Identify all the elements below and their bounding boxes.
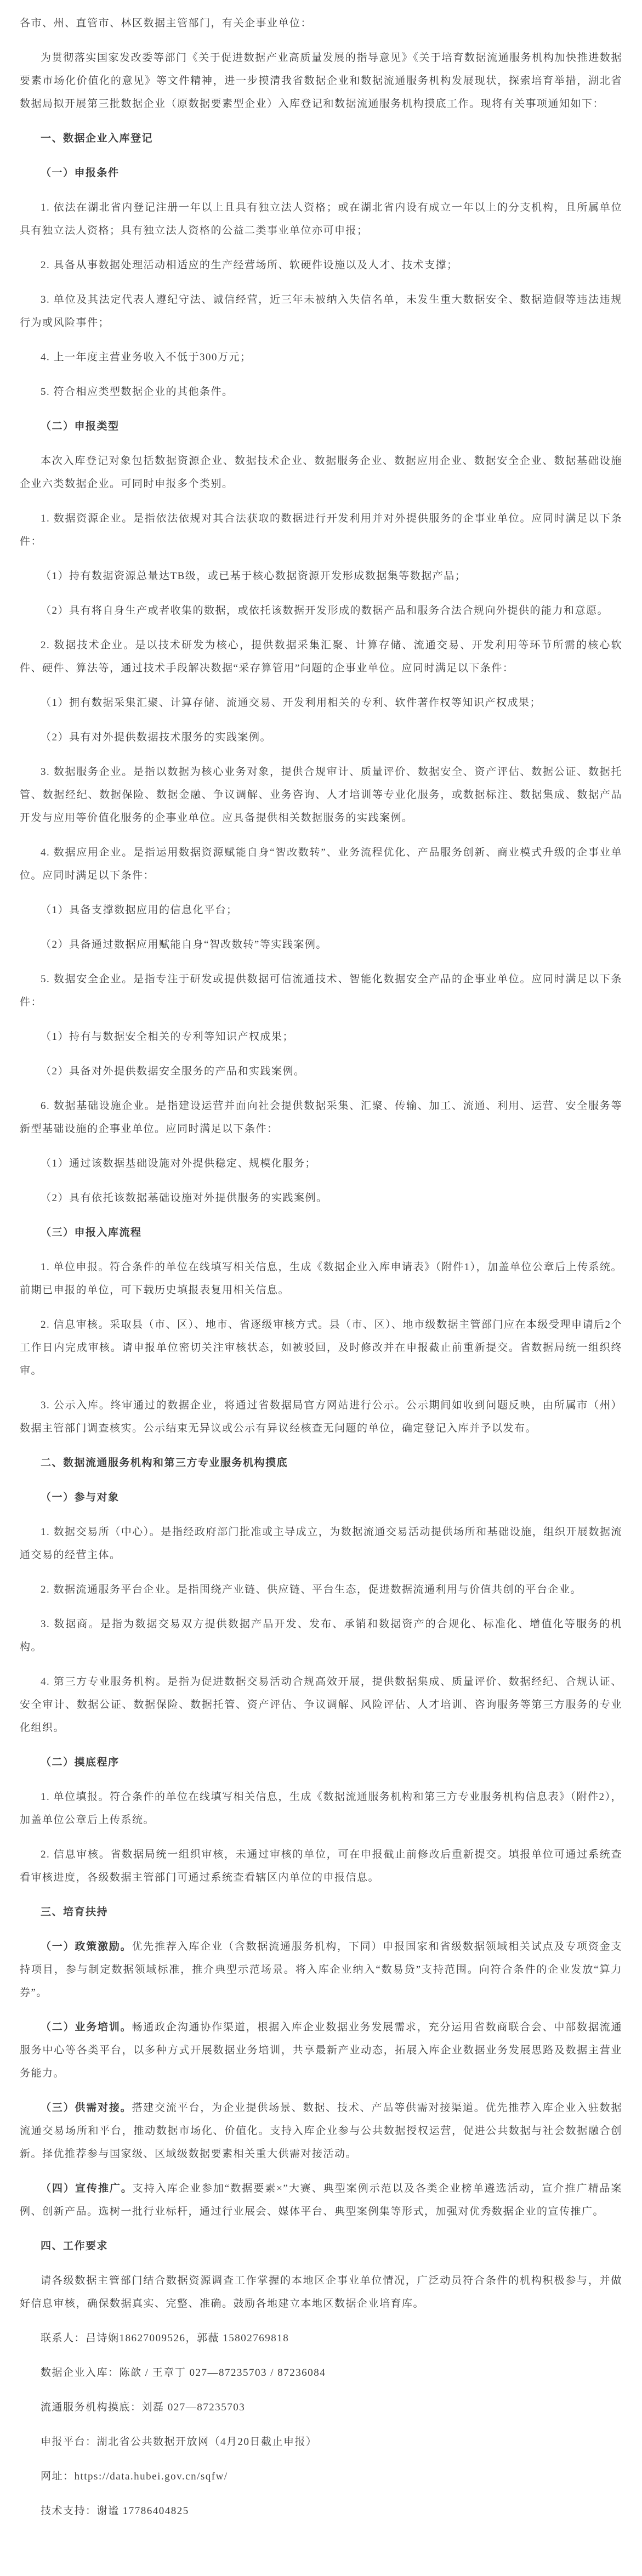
paragraph: 2. 信息审核。省数据局统一组织审核，未通过审核的单位，可在申报截止前修改后重新… bbox=[20, 1843, 622, 1889]
paragraph: 3. 数据服务企业。是指以数据为核心业务对象，提供合规审计、质量评价、数据安全、… bbox=[20, 761, 622, 830]
paragraph: （2）具有对外提供数据技术服务的实践案例。 bbox=[20, 726, 622, 749]
contact-line: 联系人：吕诗娴18627009526，郭薇 15802769818 bbox=[20, 2327, 622, 2350]
section-1-2-heading: （二）申报类型 bbox=[20, 415, 622, 438]
section-1-heading: 一、数据企业入库登记 bbox=[20, 127, 622, 150]
platform-line: 申报平台：湖北省公共数据开放网（4月20日截止申报） bbox=[20, 2431, 622, 2454]
paragraph: 4. 上一年度主营业务收入不低于300万元； bbox=[20, 346, 622, 369]
paragraph: 4. 数据应用企业。是指运用数据资源赋能自身“智改数转”、业务流程优化、产品服务… bbox=[20, 841, 622, 887]
tech-support-line: 技术支持：谢谧 17786404825 bbox=[20, 2500, 622, 2523]
section-1-1-heading: （一）申报条件 bbox=[20, 162, 622, 185]
paragraph: 2. 具备从事数据处理活动相适应的生产经营场所、软硬件设施以及人才、技术支撑； bbox=[20, 254, 622, 277]
paragraph-lead: （一）政策激励。 bbox=[41, 1941, 132, 1952]
paragraph: 3. 数据商。是指为数据交易双方提供数据产品开发、发布、承销和数据资产的合规化、… bbox=[20, 1613, 622, 1659]
section-4-heading: 四、工作要求 bbox=[20, 2235, 622, 2258]
paragraph: 1. 依法在湖北省内登记注册一年以上且具有独立法人资格；或在湖北省内设有成立一年… bbox=[20, 196, 622, 242]
paragraph: （2）具备对外提供数据安全服务的产品和实践案例。 bbox=[20, 1060, 622, 1083]
paragraph: 5. 数据安全企业。是指专注于研发或提供数据可信流通技术、智能化数据安全产品的企… bbox=[20, 968, 622, 1014]
paragraph: 5. 符合相应类型数据企业的其他条件。 bbox=[20, 381, 622, 404]
paragraph: 1. 单位填报。符合条件的单位在线填写相关信息，生成《数据流通服务机构和第三方专… bbox=[20, 1786, 622, 1832]
section-2-1-heading: （一）参与对象 bbox=[20, 1486, 622, 1509]
paragraph: （1）持有数据资源总量达TB级，或已基于核心数据资源开发形成数据集等数据产品； bbox=[20, 565, 622, 588]
paragraph: 2. 信息审核。采取县（市、区）、地市、省逐级审核方式。县（市、区）、地市级数据… bbox=[20, 1314, 622, 1383]
paragraph: （四）宣传推广。支持入库企业参加“数据要素×”大赛、典型案例示范以及各类企业榜单… bbox=[20, 2177, 622, 2223]
paragraph: 4. 第三方专业服务机构。是指为促进数据交易活动合规高效开展，提供数据集成、质量… bbox=[20, 1671, 622, 1740]
paragraph: （2）具有将自身生产或者收集的数据，或依托该数据开发形成的数据产品和服务合法合规… bbox=[20, 599, 622, 622]
paragraph-lead: （三）供需对接。 bbox=[41, 2102, 132, 2114]
paragraph: （1）通过该数据基础设施对外提供稳定、规模化服务； bbox=[20, 1152, 622, 1175]
paragraph: （1）具备支撑数据应用的信息化平台； bbox=[20, 899, 622, 922]
paragraph: 3. 单位及其法定代表人遵纪守法、诚信经营，近三年未被纳入失信名单，未发生重大数… bbox=[20, 288, 622, 335]
paragraph: 1. 数据资源企业。是指依法依规对其合法获取的数据进行开发利用并对外提供服务的企… bbox=[20, 507, 622, 553]
section-2-2-heading: （二）摸底程序 bbox=[20, 1751, 622, 1774]
paragraph: 本次入库登记对象包括数据资源企业、数据技术企业、数据服务企业、数据应用企业、数据… bbox=[20, 450, 622, 496]
paragraph: （2）具备通过数据应用赋能自身“智改数转”等实践案例。 bbox=[20, 933, 622, 956]
paragraph: （二）业务培训。畅通政企沟通协作渠道，根据入库企业数据业务发展需求，充分运用省数… bbox=[20, 2016, 622, 2085]
salutation: 各市、州、直管市、林区数据主管部门，有关企事业单位： bbox=[20, 12, 622, 35]
paragraph: 1. 单位申报。符合条件的单位在线填写相关信息，生成《数据企业入库申请表》（附件… bbox=[20, 1256, 622, 1302]
website-line: 网址：https://data.hubei.gov.cn/sqfw/ bbox=[20, 2465, 622, 2488]
paragraph: 3. 公示入库。终审通过的数据企业，将通过省数据局官方网站进行公示。公示期间如收… bbox=[20, 1394, 622, 1440]
contact-line-enterprise: 数据企业入库：陈歆 / 王章丁 027—87235703 / 87236084 bbox=[20, 2362, 622, 2385]
section-1-3-heading: （三）申报入库流程 bbox=[20, 1221, 622, 1244]
notice-document: 各市、州、直管市、林区数据主管部门，有关企事业单位：为贯彻落实国家发改委等部门《… bbox=[0, 0, 642, 2553]
section-3-heading: 三、培育扶持 bbox=[20, 1901, 622, 1924]
paragraph: （一）政策激励。优先推荐入库企业（含数据流通服务机构，下同）申报国家和省级数据领… bbox=[20, 1935, 622, 2005]
intro-paragraph: 为贯彻落实国家发改委等部门《关于促进数据产业高质量发展的指导意见》《关于培育数据… bbox=[20, 47, 622, 116]
paragraph: 2. 数据技术企业。是以技术研发为核心，提供数据采集汇聚、计算存储、流通交易、开… bbox=[20, 634, 622, 680]
paragraph-lead: （四）宣传推广。 bbox=[41, 2183, 133, 2194]
contact-line-circulation: 流通服务机构摸底：刘磊 027—87235703 bbox=[20, 2396, 622, 2419]
paragraph: 请各级数据主管部门结合数据资源调查工作掌握的本地区企事业单位情况，广泛动员符合条… bbox=[20, 2269, 622, 2315]
paragraph: （1）拥有数据采集汇聚、计算存储、流通交易、开发利用相关的专利、软件著作权等知识… bbox=[20, 692, 622, 715]
paragraph: （2）具有依托该数据基础设施对外提供服务的实践案例。 bbox=[20, 1187, 622, 1210]
document-body: 各市、州、直管市、林区数据主管部门，有关企事业单位：为贯彻落实国家发改委等部门《… bbox=[20, 12, 622, 2523]
paragraph: （三）供需对接。搭建交流平台，为企业提供场景、数据、技术、产品等供需对接渠道。优… bbox=[20, 2097, 622, 2166]
paragraph-lead: （二）业务培训。 bbox=[41, 2022, 132, 2033]
paragraph: 2. 数据流通服务平台企业。是指围绕产业链、供应链、平台生态，促进数据流通利用与… bbox=[20, 1578, 622, 1601]
paragraph: 1. 数据交易所（中心）。是指经政府部门批准或主导成立，为数据流通交易活动提供场… bbox=[20, 1521, 622, 1567]
paragraph: （1）持有与数据安全相关的专利等知识产权成果； bbox=[20, 1026, 622, 1049]
paragraph: 6. 数据基础设施企业。是指建设运营并面向社会提供数据采集、汇聚、传输、加工、流… bbox=[20, 1095, 622, 1141]
section-2-heading: 二、数据流通服务机构和第三方专业服务机构摸底 bbox=[20, 1452, 622, 1475]
